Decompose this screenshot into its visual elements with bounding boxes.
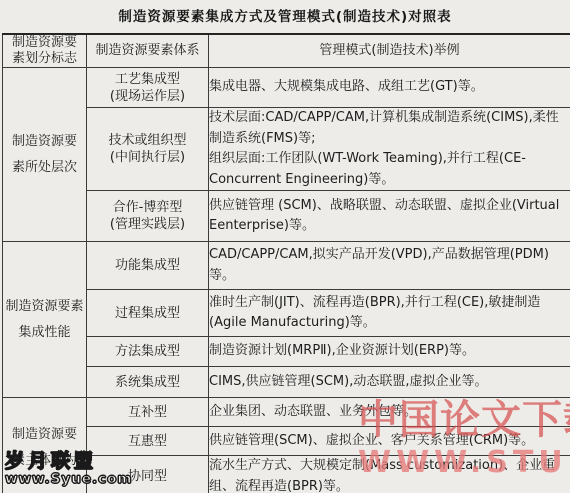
table-row: 过程集成型 准时生产制(JIT)、流程再造(BPR),并行工程(CE),敏捷制造… — [3, 290, 570, 337]
system-cell: 合作-博弈型 (管理实践层) — [87, 191, 209, 242]
system-cell: 技术或组织型 (中间执行层) — [87, 108, 209, 191]
example-cell: CAD/CAPP/CAM,拟实产品开发(VPD),产品数据管理(PDM)等。 — [209, 242, 570, 290]
watermark-studa-url: WWW.STUDA. — [358, 448, 570, 478]
example-text: 技术层面:CAD/CAPP/CAM,计算机集成制造系统(CIMS),柔性制造系统… — [209, 108, 570, 149]
example-text: CAD/CAPP/CAM,拟实产品开发(VPD),产品数据管理(PDM)等。 — [209, 245, 570, 286]
table-row: 技术或组织型 (中间执行层) 技术层面:CAD/CAPP/CAM,计算机集成制造… — [3, 108, 570, 191]
system-name: 功能集成型 — [87, 257, 208, 274]
system-cell: 系统集成型 — [87, 367, 209, 398]
system-cell: 方法集成型 — [87, 337, 209, 367]
table-row: 合作-博弈型 (管理实践层) 供应链管理 (SCM)、战略联盟、动态联盟、虚拟企… — [3, 191, 570, 242]
table-row: 方法集成型 制造资源计划(MRPⅡ),企业资源计划(ERP)等。 — [3, 337, 570, 367]
example-text: 准时生产制(JIT)、流程再造(BPR),并行工程(CE),敏捷制造(Agile… — [209, 293, 570, 334]
system-name: 系统集成型 — [87, 374, 208, 391]
table-header-row: 制造资源要素划分标志 制造资源要素体系 管理模式(制造技术)举例 — [3, 34, 570, 68]
system-name: 互补型 — [87, 404, 208, 421]
system-layer: (管理实践层) — [87, 216, 208, 233]
group-label: 制造资源要素集成性能 — [5, 294, 85, 346]
example-text: CIMS,供应链管理(SCM),动态联盟,虚拟企业等。 — [209, 372, 570, 393]
system-layer: (中间执行层) — [87, 149, 208, 166]
example-cell: 集成电器、大规模集成电路、成组工艺(GT)等。 — [209, 68, 570, 108]
system-cell: 互补型 — [87, 398, 209, 427]
example-text: 组织层面:工作团队(WT-Work Teaming),并行工程(CE-Concu… — [209, 149, 570, 190]
system-name: 过程集成型 — [87, 305, 208, 322]
page-title: 制造资源要素集成方式及管理模式(制造技术)对照表 — [0, 5, 570, 25]
system-name: 技术或组织型 — [87, 132, 208, 149]
system-cell: 功能集成型 — [87, 242, 209, 290]
system-name: 工艺集成型 — [87, 71, 208, 88]
table-row: 制造资源要素所处层次 工艺集成型 (现场运作层) 集成电器、大规模集成电路、成组… — [3, 68, 570, 108]
example-text: 集成电器、大规模集成电路、成组工艺(GT)等。 — [209, 77, 570, 98]
example-cell: 供应链管理 (SCM)、战略联盟、动态联盟、虚拟企业(Virtual Eente… — [209, 191, 570, 242]
system-layer: (现场运作层) — [87, 88, 208, 105]
watermark-studa: 中国论文下载 WWW.STUDA. — [358, 400, 570, 478]
group-label-cell: 制造资源要素集成性能 — [3, 242, 87, 398]
system-name: 互惠型 — [87, 433, 208, 450]
watermark-syue: 岁月联盟 www.Syue.com — [5, 452, 132, 487]
group-label: 制造资源要素所处层次 — [11, 129, 79, 181]
system-name: 方法集成型 — [87, 343, 208, 360]
header-example-column: 管理模式(制造技术)举例 — [209, 34, 570, 68]
system-cell: 过程集成型 — [87, 290, 209, 337]
watermark-syue-name: 岁月联盟 — [5, 452, 132, 471]
example-text: 制造资源计划(MRPⅡ),企业资源计划(ERP)等。 — [209, 341, 570, 362]
example-cell: 制造资源计划(MRPⅡ),企业资源计划(ERP)等。 — [209, 337, 570, 367]
group-label-cell: 制造资源要素所处层次 — [3, 68, 87, 242]
watermark-syue-url: www.Syue.com — [5, 473, 132, 487]
system-name: 合作-博弈型 — [87, 199, 208, 216]
example-cell: 技术层面:CAD/CAPP/CAM,计算机集成制造系统(CIMS),柔性制造系统… — [209, 108, 570, 191]
example-cell: CIMS,供应链管理(SCM),动态联盟,虚拟企业等。 — [209, 367, 570, 398]
header-mark-column: 制造资源要素划分标志 — [3, 34, 87, 68]
header-system-column: 制造资源要素体系 — [87, 34, 209, 68]
table-row: 系统集成型 CIMS,供应链管理(SCM),动态联盟,虚拟企业等。 — [3, 367, 570, 398]
header-mark-label: 制造资源要素划分标志 — [11, 35, 79, 67]
example-text: 供应链管理 (SCM)、战略联盟、动态联盟、虚拟企业(Virtual Eente… — [209, 196, 570, 237]
example-cell: 准时生产制(JIT)、流程再造(BPR),并行工程(CE),敏捷制造(Agile… — [209, 290, 570, 337]
table-row: 制造资源要素集成性能 功能集成型 CAD/CAPP/CAM,拟实产品开发(VPD… — [3, 242, 570, 290]
watermark-studa-name: 中国论文下载 — [358, 400, 570, 440]
system-cell: 工艺集成型 (现场运作层) — [87, 68, 209, 108]
